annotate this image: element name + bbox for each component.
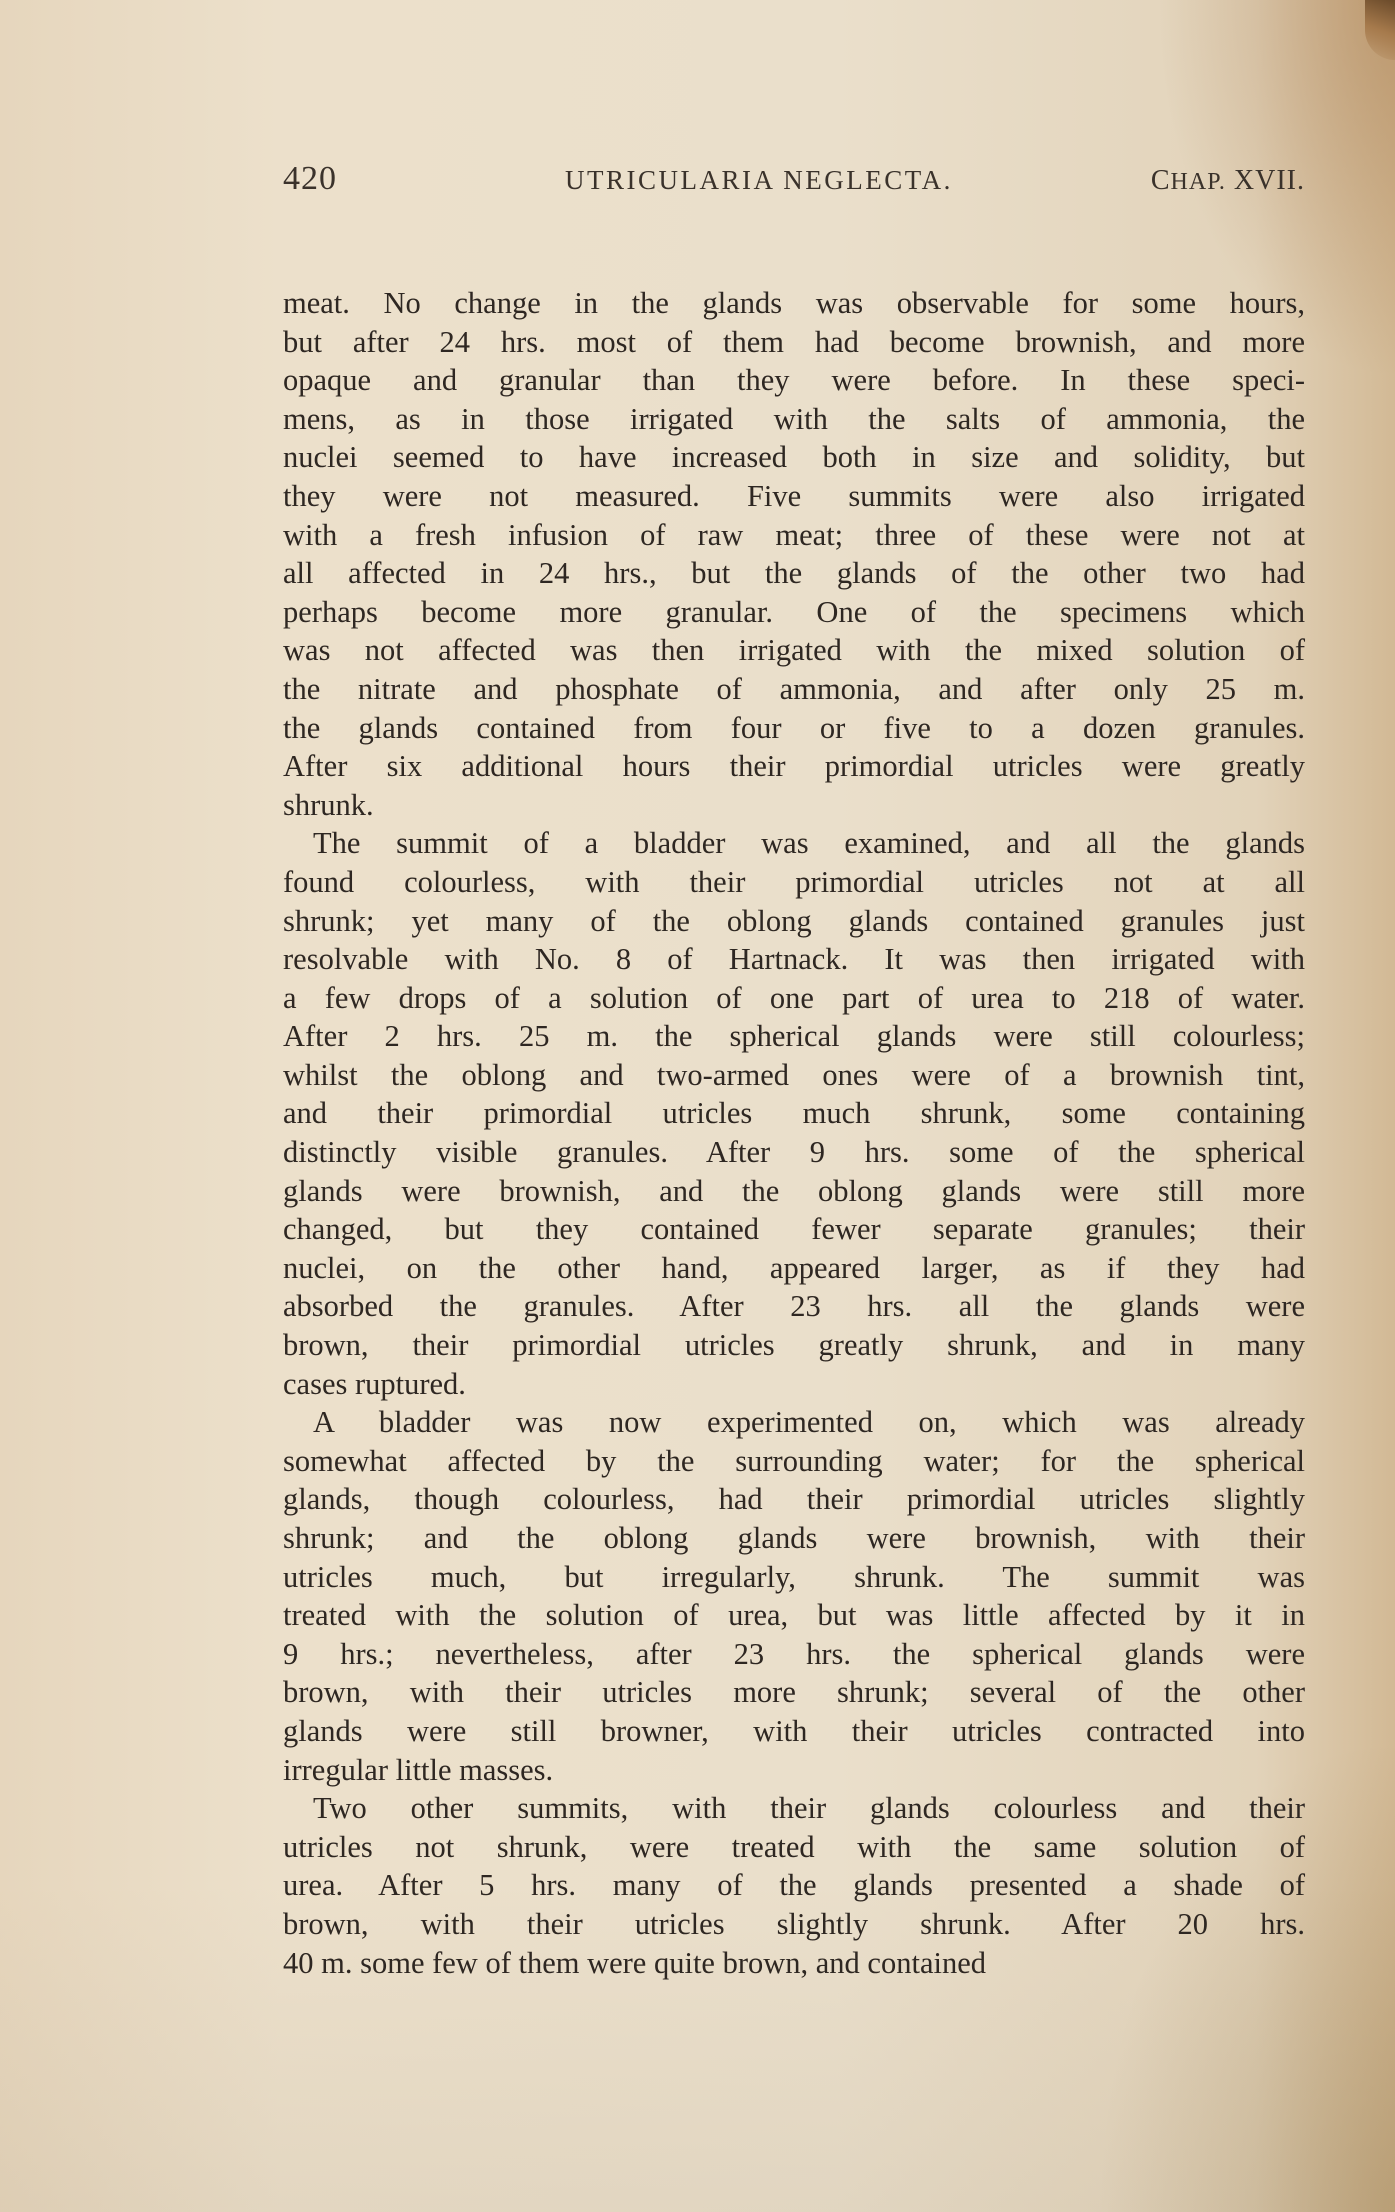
text-line: perhaps become more granular. One of the… [283,593,1305,632]
chapter-prefix: C [1151,165,1171,196]
text-line: the glands contained from four or five t… [283,709,1305,748]
paragraph: A bladder was now experimented on, which… [283,1403,1305,1789]
text-line: utricles much, but irregularly, shrunk. … [283,1558,1305,1597]
text-line: mens, as in those irrigated with the sal… [283,400,1305,439]
text-line: found colourless, with their primordial … [283,863,1305,902]
text-line: the nitrate and phosphate of ammonia, an… [283,670,1305,709]
text-line: and their primordial utricles much shrun… [283,1094,1305,1133]
text-line: brown, their primordial utricles greatly… [283,1326,1305,1365]
text-line: glands were brownish, and the oblong gla… [283,1172,1305,1211]
text-line: but after 24 hrs. most of them had becom… [283,323,1305,362]
text-line: irregular little masses. [283,1751,1305,1790]
text-line: nuclei, on the other hand, appeared larg… [283,1249,1305,1288]
text-line: was not affected was then irrigated with… [283,631,1305,670]
paragraph: meat. No change in the glands was observ… [283,284,1305,824]
text-line: A bladder was now experimented on, which… [283,1403,1305,1442]
text-line: resolvable with No. 8 of Hartnack. It wa… [283,940,1305,979]
text-line: 40 m. some few of them were quite brown,… [283,1944,1305,1983]
text-line: changed, but they contained fewer separa… [283,1210,1305,1249]
page-number: 420 [283,160,337,198]
text-line: distinctly visible granules. After 9 hrs… [283,1133,1305,1172]
text-line: they were not measured. Five summits wer… [283,477,1305,516]
text-line: all affected in 24 hrs., but the glands … [283,554,1305,593]
chapter-smallcaps: HAP. [1171,169,1226,195]
text-line: glands were still browner, with their ut… [283,1712,1305,1751]
text-line: glands, though colourless, had their pri… [283,1480,1305,1519]
text-line: The summit of a bladder was examined, an… [283,824,1305,863]
text-line: somewhat affected by the surrounding wat… [283,1442,1305,1481]
text-line: nuclei seemed to have increased both in … [283,438,1305,477]
text-line: opaque and granular than they were befor… [283,361,1305,400]
text-line: urea. After 5 hrs. many of the glands pr… [283,1866,1305,1905]
text-line: Two other summits, with their glands col… [283,1789,1305,1828]
text-line: treated with the solution of urea, but w… [283,1596,1305,1635]
text-line: absorbed the granules. After 23 hrs. all… [283,1287,1305,1326]
text-line: cases ruptured. [283,1365,1305,1404]
text-line: whilst the oblong and two-armed ones wer… [283,1056,1305,1095]
text-line: brown, with their utricles slightly shru… [283,1905,1305,1944]
body-text: meat. No change in the glands was observ… [283,284,1305,1982]
text-line: utricles not shrunk, were treated with t… [283,1828,1305,1867]
text-line: brown, with their utricles more shrunk; … [283,1673,1305,1712]
text-line: shrunk. [283,786,1305,825]
text-line: meat. No change in the glands was observ… [283,284,1305,323]
page-corner-fold [1365,0,1395,60]
text-line: 9 hrs.; nevertheless, after 23 hrs. the … [283,1635,1305,1674]
running-title: UTRICULARIA NEGLECTA. [565,165,953,196]
text-line: After 2 hrs. 25 m. the spherical glands … [283,1017,1305,1056]
text-line: with a fresh infusion of raw meat; three… [283,516,1305,555]
text-line: After six additional hours their primord… [283,747,1305,786]
chapter-label: CHAP. XVII. [1151,165,1305,197]
chapter-number: XVII. [1234,165,1305,196]
paragraph: The summit of a bladder was examined, an… [283,824,1305,1403]
running-header: 420 UTRICULARIA NEGLECTA. CHAP. XVII. [283,160,1305,204]
text-line: shrunk; and the oblong glands were brown… [283,1519,1305,1558]
paragraph: Two other summits, with their glands col… [283,1789,1305,1982]
text-line: shrunk; yet many of the oblong glands co… [283,902,1305,941]
text-line: a few drops of a solution of one part of… [283,979,1305,1018]
